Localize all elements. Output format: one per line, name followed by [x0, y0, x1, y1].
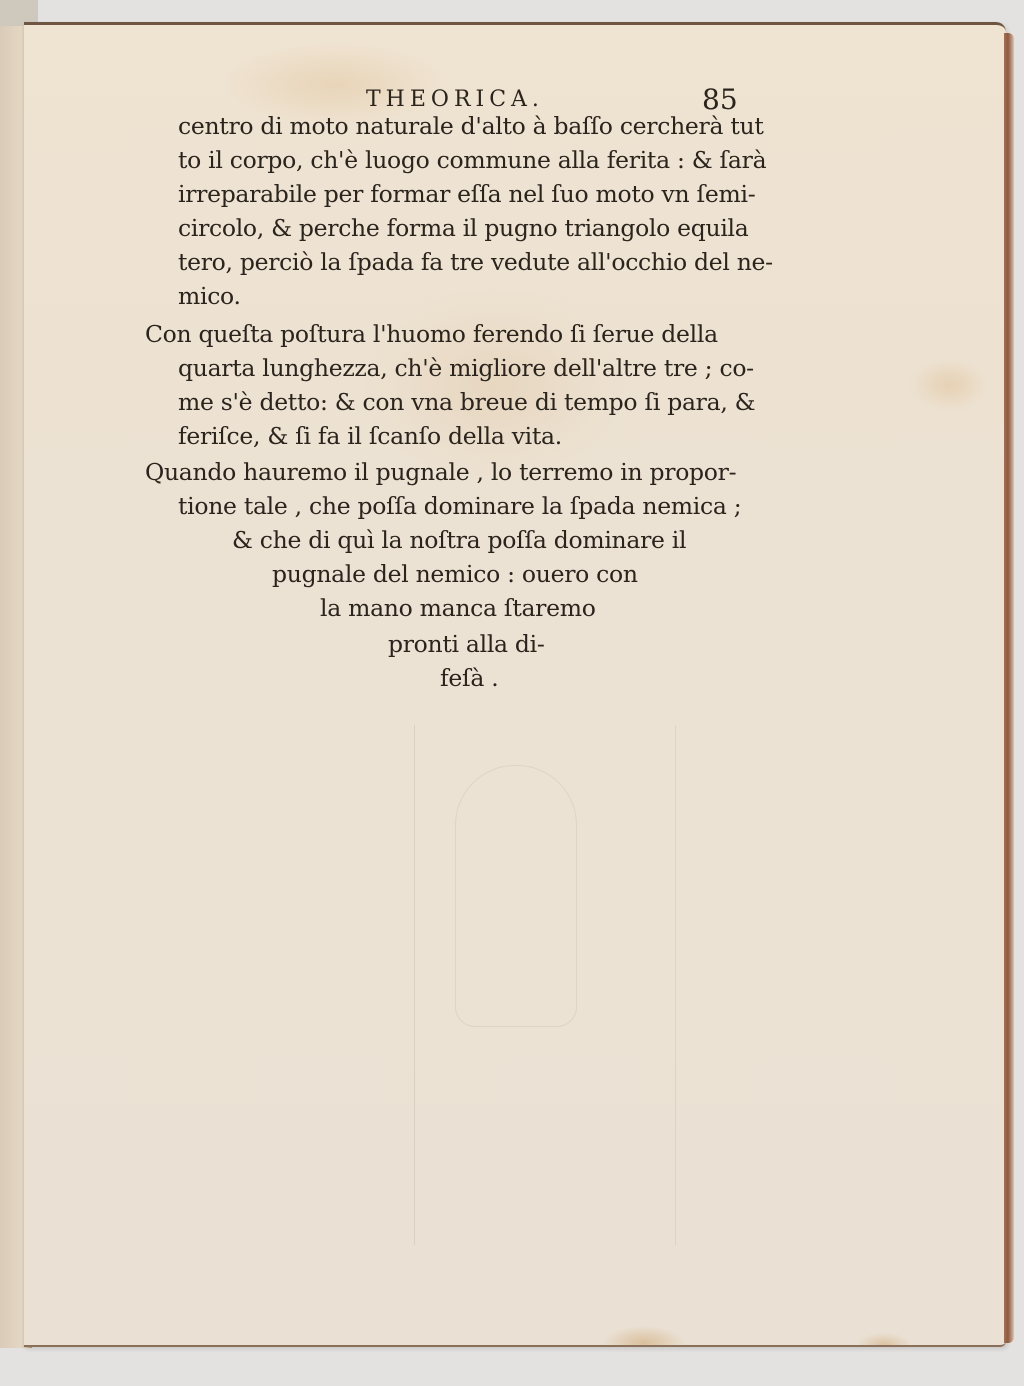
text-line: tione tale , che poſſa dominare la ſpada…	[178, 489, 741, 523]
text-line: tero, perciò la ſpada fa tre vedute all'…	[178, 245, 773, 279]
text-line: Con queſta poſtura l'huomo ferendo ſi ſe…	[145, 317, 718, 351]
book-page: THEORICA. 85 centro di moto naturale d'a…	[24, 22, 1006, 1347]
text-line: pronti alla di-	[388, 627, 545, 661]
text-line: pugnale del nemico : ouero con	[272, 557, 638, 591]
page-text: THEORICA. 85 centro di moto naturale d'a…	[24, 25, 1006, 1345]
text-line: & che di quì la noſtra poſſa dominare il	[232, 523, 686, 557]
text-line: centro di moto naturale d'alto à baſſo c…	[178, 109, 763, 143]
text-line: la mano manca ſtaremo	[320, 591, 596, 625]
text-line: me s'è detto: & con vna breue di tempo ſ…	[178, 385, 755, 419]
text-line: mico.	[178, 279, 241, 313]
text-line: irreparabile per formar eſſa nel ſuo mot…	[178, 177, 755, 211]
text-line: Quando hauremo il pugnale , lo terremo i…	[145, 455, 736, 489]
text-line: feriſce, & ſi fa il ſcanſo della vita.	[178, 419, 562, 453]
text-line: feſà .	[440, 661, 498, 695]
text-line: circolo, & perche forma il pugno triango…	[178, 211, 748, 245]
text-line: quarta lunghezza, ch'è migliore dell'alt…	[178, 351, 754, 385]
text-line: to il corpo, ch'è luogo commune alla fer…	[178, 143, 766, 177]
